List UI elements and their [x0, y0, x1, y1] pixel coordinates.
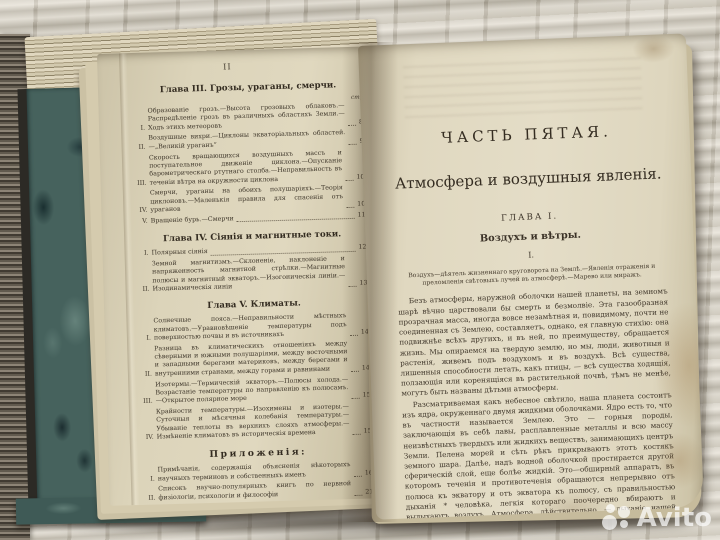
toc-entry-text: Солнечные пояса.—Неправильности мѣстныхъ… [153, 312, 347, 342]
toc-entry-text: Примѣчанія, содержащія объясненія нѣкото… [158, 461, 351, 483]
toc-entry-text: Крайности температуры.—Изохимены и изоте… [156, 403, 350, 442]
toc-entry-text: Скорость вращающихся воздушныхъ массъ и … [149, 149, 343, 188]
toc-entry-number: I. [137, 334, 154, 343]
toc-entry: IV.Смерчи, ураганы на обоихъ полушаріяхъ… [133, 184, 370, 215]
toc-section-heading: Глава V. Климаты. [136, 297, 372, 314]
paragraph: Безъ атмосферы, наружной оболочки нашей … [398, 287, 672, 399]
toc-entry: II.Разница въ климатическихъ отношеніяхъ… [137, 339, 374, 379]
chapter-title: Воздухъ и вѣтры. [395, 226, 665, 247]
dot-leader [352, 398, 360, 399]
toc-entry-number: II. [141, 494, 158, 503]
toc-entry-number: IV. [133, 207, 150, 216]
dot-leader [353, 434, 361, 435]
dot-leader [350, 335, 358, 336]
toc-content: II Глава III. Грозы, ураганы, смерчи.стр… [97, 46, 391, 506]
toc-entry-number: III. [133, 179, 150, 188]
toc-entry-text: Земной магнитизмъ.—Склоненіе, наклоненіе… [152, 255, 346, 294]
toc-entry-text: Полярныя сіянія [151, 248, 207, 258]
dot-leader [349, 286, 357, 287]
part-subtitle: Атмосфера и воздушныя явленія. [393, 164, 663, 192]
chapter-content: ЧАСТЬ ПЯТАЯ. Атмосфера и воздушныя явлен… [358, 33, 704, 519]
toc-entry-text: Воздушные вихри.—Циклоны экваторіальныхъ… [148, 130, 345, 152]
dot-leader [349, 144, 357, 145]
toc-entry-text: Вращеніе бурь.—Смерчи [151, 215, 234, 226]
part-title: ЧАСТЬ ПЯТАЯ. [391, 120, 661, 148]
toc-entry-number: III. [139, 398, 156, 407]
dot-leader [348, 125, 356, 126]
toc-entry-text: Образованіе грозъ.—Высота грозовыхъ обла… [148, 102, 346, 132]
chapter-label: ГЛАВА I. [395, 207, 665, 227]
page-number: II [129, 60, 325, 74]
toc-entry: IV.Крайности температуры.—Изохимены и из… [139, 402, 376, 442]
toc-entry: III.Скорость вращающихся воздушныхъ масс… [132, 148, 369, 188]
toc-entry-text: Разница въ климатическихъ отношеніяхъ ме… [154, 340, 348, 379]
toc-entry: III.Изотермы.—Термическій экваторъ.—Полю… [138, 375, 375, 406]
toc-section-heading: Приложенія: [140, 445, 376, 463]
avito-watermark-label: Avito [637, 503, 712, 533]
body-text: Безъ атмосферы, наружной оболочки нашей … [398, 287, 677, 520]
right-page-chapter-start: ЧАСТЬ ПЯТАЯ. Атмосфера и воздушныя явлен… [358, 33, 704, 519]
dot-leader [346, 207, 354, 208]
toc-entry-number: II. [135, 286, 152, 295]
toc-entry-number: I. [141, 475, 158, 484]
toc-entry-number: II. [132, 143, 149, 152]
left-page-table-of-contents: II Глава III. Грозы, ураганы, смерчи.стр… [97, 46, 391, 506]
chapter-summary: Воздухъ—дѣятель жизненнаго круговорота н… [403, 263, 661, 289]
avito-logo-icon [602, 502, 632, 534]
toc-entry-text: Изотермы.—Термическій экваторъ.—Полюсы х… [155, 376, 349, 406]
toc-entry: II.Земной магнитизмъ.—Склоненіе, наклоне… [135, 255, 372, 295]
toc-section-heading: Глава III. Грозы, ураганы, смерчи. [130, 80, 366, 97]
toc-entry-text: Смерчи, ураганы на обоихъ полушаріяхъ.—Т… [150, 185, 344, 215]
toc-entry-text: Списокъ научно-популярныхъ книгъ по нерв… [158, 481, 351, 503]
dot-leader [354, 476, 362, 477]
section-number: I. [396, 245, 666, 264]
avito-watermark: Avito [602, 502, 712, 534]
toc-entry-number: V. [134, 218, 151, 227]
dot-leader [237, 218, 355, 222]
toc-sections: Глава III. Грозы, ураганы, смерчи.стр.I.… [130, 80, 378, 506]
toc-entry: I.Образованіе грозъ.—Высота грозовыхъ об… [131, 101, 368, 132]
toc-entry-number: IV. [140, 433, 157, 442]
toc-entry-number: II. [138, 370, 155, 379]
dot-leader [351, 371, 359, 372]
toc-entry-number: I. [131, 124, 148, 133]
toc-entry-number: I. [134, 250, 151, 259]
paragraph: Разсматриваемая какъ небесное свѣтило, н… [402, 390, 677, 520]
dot-leader [354, 495, 362, 496]
toc-section-heading: Глава IV. Сіянія и магнитные токи. [134, 229, 370, 246]
toc-entry: I.Солнечные пояса.—Неправильности мѣстны… [136, 312, 373, 343]
dot-leader [346, 180, 354, 181]
